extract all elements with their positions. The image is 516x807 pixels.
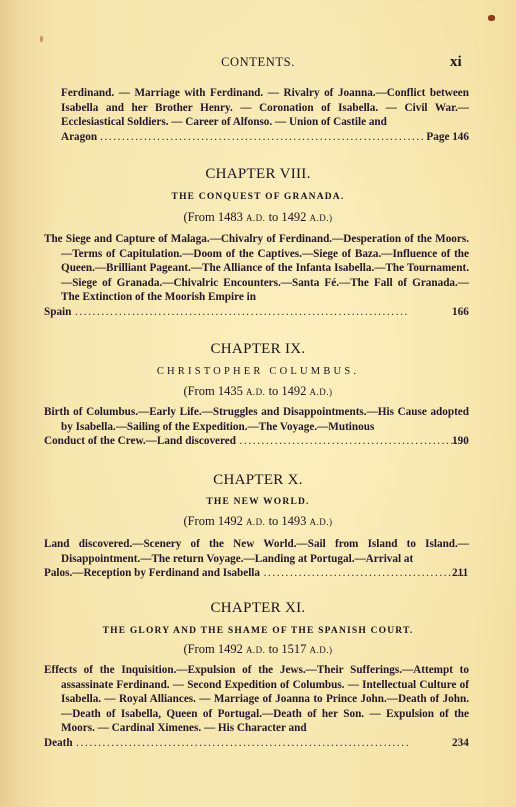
date-to-label: to xyxy=(269,210,279,224)
entry-text: The Siege and Capture of Malaga.—Chivalr… xyxy=(44,233,469,303)
ink-stain xyxy=(488,15,495,21)
dot-leader xyxy=(263,566,466,581)
chapter-summary-block: Effects of the Inquisition.—Expulsion of… xyxy=(44,663,469,751)
entry-last-line: Death 234 xyxy=(61,736,469,751)
chapter-summary-block: Birth of Columbus.—Early Life.—Struggles… xyxy=(44,405,469,449)
entry-summary: Effects of the Inquisition.—Expulsion of… xyxy=(44,663,469,751)
dot-leader xyxy=(100,130,423,145)
date-to-label: to xyxy=(269,514,279,528)
date-from-era: A.D. xyxy=(246,645,266,655)
entry-last-text: Palos.—Reception by Ferdinand and Isabel… xyxy=(61,566,260,581)
date-from-era: A.D. xyxy=(246,213,266,223)
date-from-year: 1483 xyxy=(218,210,243,224)
entry-last-text: Conduct of the Crew.—Land discovered xyxy=(61,434,236,449)
entry-text: Land discovered.—Scenery of the New Worl… xyxy=(44,538,469,565)
chapter-title: CHRISTOPHER COLUMBUS. xyxy=(0,366,516,377)
entry-text: Birth of Columbus.—Early Life.—Struggles… xyxy=(44,406,469,433)
chapter-dates: (From 1492 A.D. to 1517 A.D.) xyxy=(0,642,516,657)
date-to-label: to xyxy=(269,384,279,398)
chapter-title: THE NEW WORLD. xyxy=(0,497,516,507)
chapter-heading: CHAPTER XI. xyxy=(0,600,516,617)
date-from-label: (From xyxy=(183,210,214,224)
date-to-label: to xyxy=(269,642,279,656)
chapter-summary-block: The Siege and Capture of Malaga.—Chivalr… xyxy=(44,232,469,320)
chapter-dates: (From 1492 A.D. to 1493 A.D.) xyxy=(0,514,516,529)
entry-page-ref: Page 146 xyxy=(426,130,469,145)
entry-last-line: Spain 166 xyxy=(61,305,469,320)
chapter-summary-block: Land discovered.—Scenery of the New Worl… xyxy=(44,537,469,581)
entry-summary: The Siege and Capture of Malaga.—Chivalr… xyxy=(44,232,469,320)
running-head: CONTENTS. xi xyxy=(0,54,516,72)
continued-entry: Ferdinand. — Marriage with Ferdinand. — … xyxy=(44,86,469,144)
chapter-heading: CHAPTER VIII. xyxy=(0,166,516,183)
dot-leader xyxy=(74,305,466,320)
entry-last-text: Aragon xyxy=(61,130,97,145)
date-to-year: 1492 xyxy=(281,384,306,398)
date-from-year: 1435 xyxy=(218,384,243,398)
dot-leader xyxy=(76,736,466,751)
entry-last-text: Death xyxy=(61,736,73,751)
entry-last-line: Conduct of the Crew.—Land discovered 190 xyxy=(61,434,469,449)
chapter-dates: (From 1435 A.D. to 1492 A.D.) xyxy=(0,384,516,399)
date-to-year: 1517 xyxy=(281,642,306,656)
entry-last-text: Spain xyxy=(61,305,71,320)
chapter-title: THE CONQUEST OF GRANADA. xyxy=(0,192,516,202)
date-from-year: 1492 xyxy=(218,642,243,656)
running-title: CONTENTS. xyxy=(0,55,516,70)
date-to-era: A.D.) xyxy=(310,387,333,397)
dot-leader xyxy=(239,434,466,449)
date-to-era: A.D.) xyxy=(310,645,333,655)
date-to-era: A.D.) xyxy=(310,517,333,527)
date-from-label: (From xyxy=(183,514,214,528)
date-from-label: (From xyxy=(183,642,214,656)
date-from-year: 1492 xyxy=(218,514,243,528)
entry-summary: Ferdinand. — Marriage with Ferdinand. — … xyxy=(44,86,469,144)
date-to-era: A.D.) xyxy=(310,213,333,223)
entry-last-line: Palos.—Reception by Ferdinand and Isabel… xyxy=(61,566,469,581)
chapter-dates: (From 1483 A.D. to 1492 A.D.) xyxy=(0,210,516,225)
entry-text: Ferdinand. — Marriage with Ferdinand. — … xyxy=(61,87,469,128)
date-from-era: A.D. xyxy=(246,387,266,397)
entry-summary: Land discovered.—Scenery of the New Worl… xyxy=(44,537,469,581)
date-from-era: A.D. xyxy=(246,517,266,527)
paper-blemish xyxy=(40,36,43,42)
chapter-heading: CHAPTER X. xyxy=(0,472,516,489)
date-from-label: (From xyxy=(183,384,214,398)
date-to-year: 1493 xyxy=(281,514,306,528)
entry-text: Effects of the Inquisition.—Expulsion of… xyxy=(44,664,469,734)
chapter-heading: CHAPTER IX. xyxy=(0,341,516,358)
entry-last-line: Aragon Page 146 xyxy=(61,130,469,145)
entry-summary: Birth of Columbus.—Early Life.—Struggles… xyxy=(44,405,469,449)
page-number: xi xyxy=(450,54,462,71)
book-page: CONTENTS. xi Ferdinand. — Marriage with … xyxy=(0,0,516,807)
chapter-title: THE GLORY AND THE SHAME OF THE SPANISH C… xyxy=(0,626,516,636)
date-to-year: 1492 xyxy=(281,210,306,224)
